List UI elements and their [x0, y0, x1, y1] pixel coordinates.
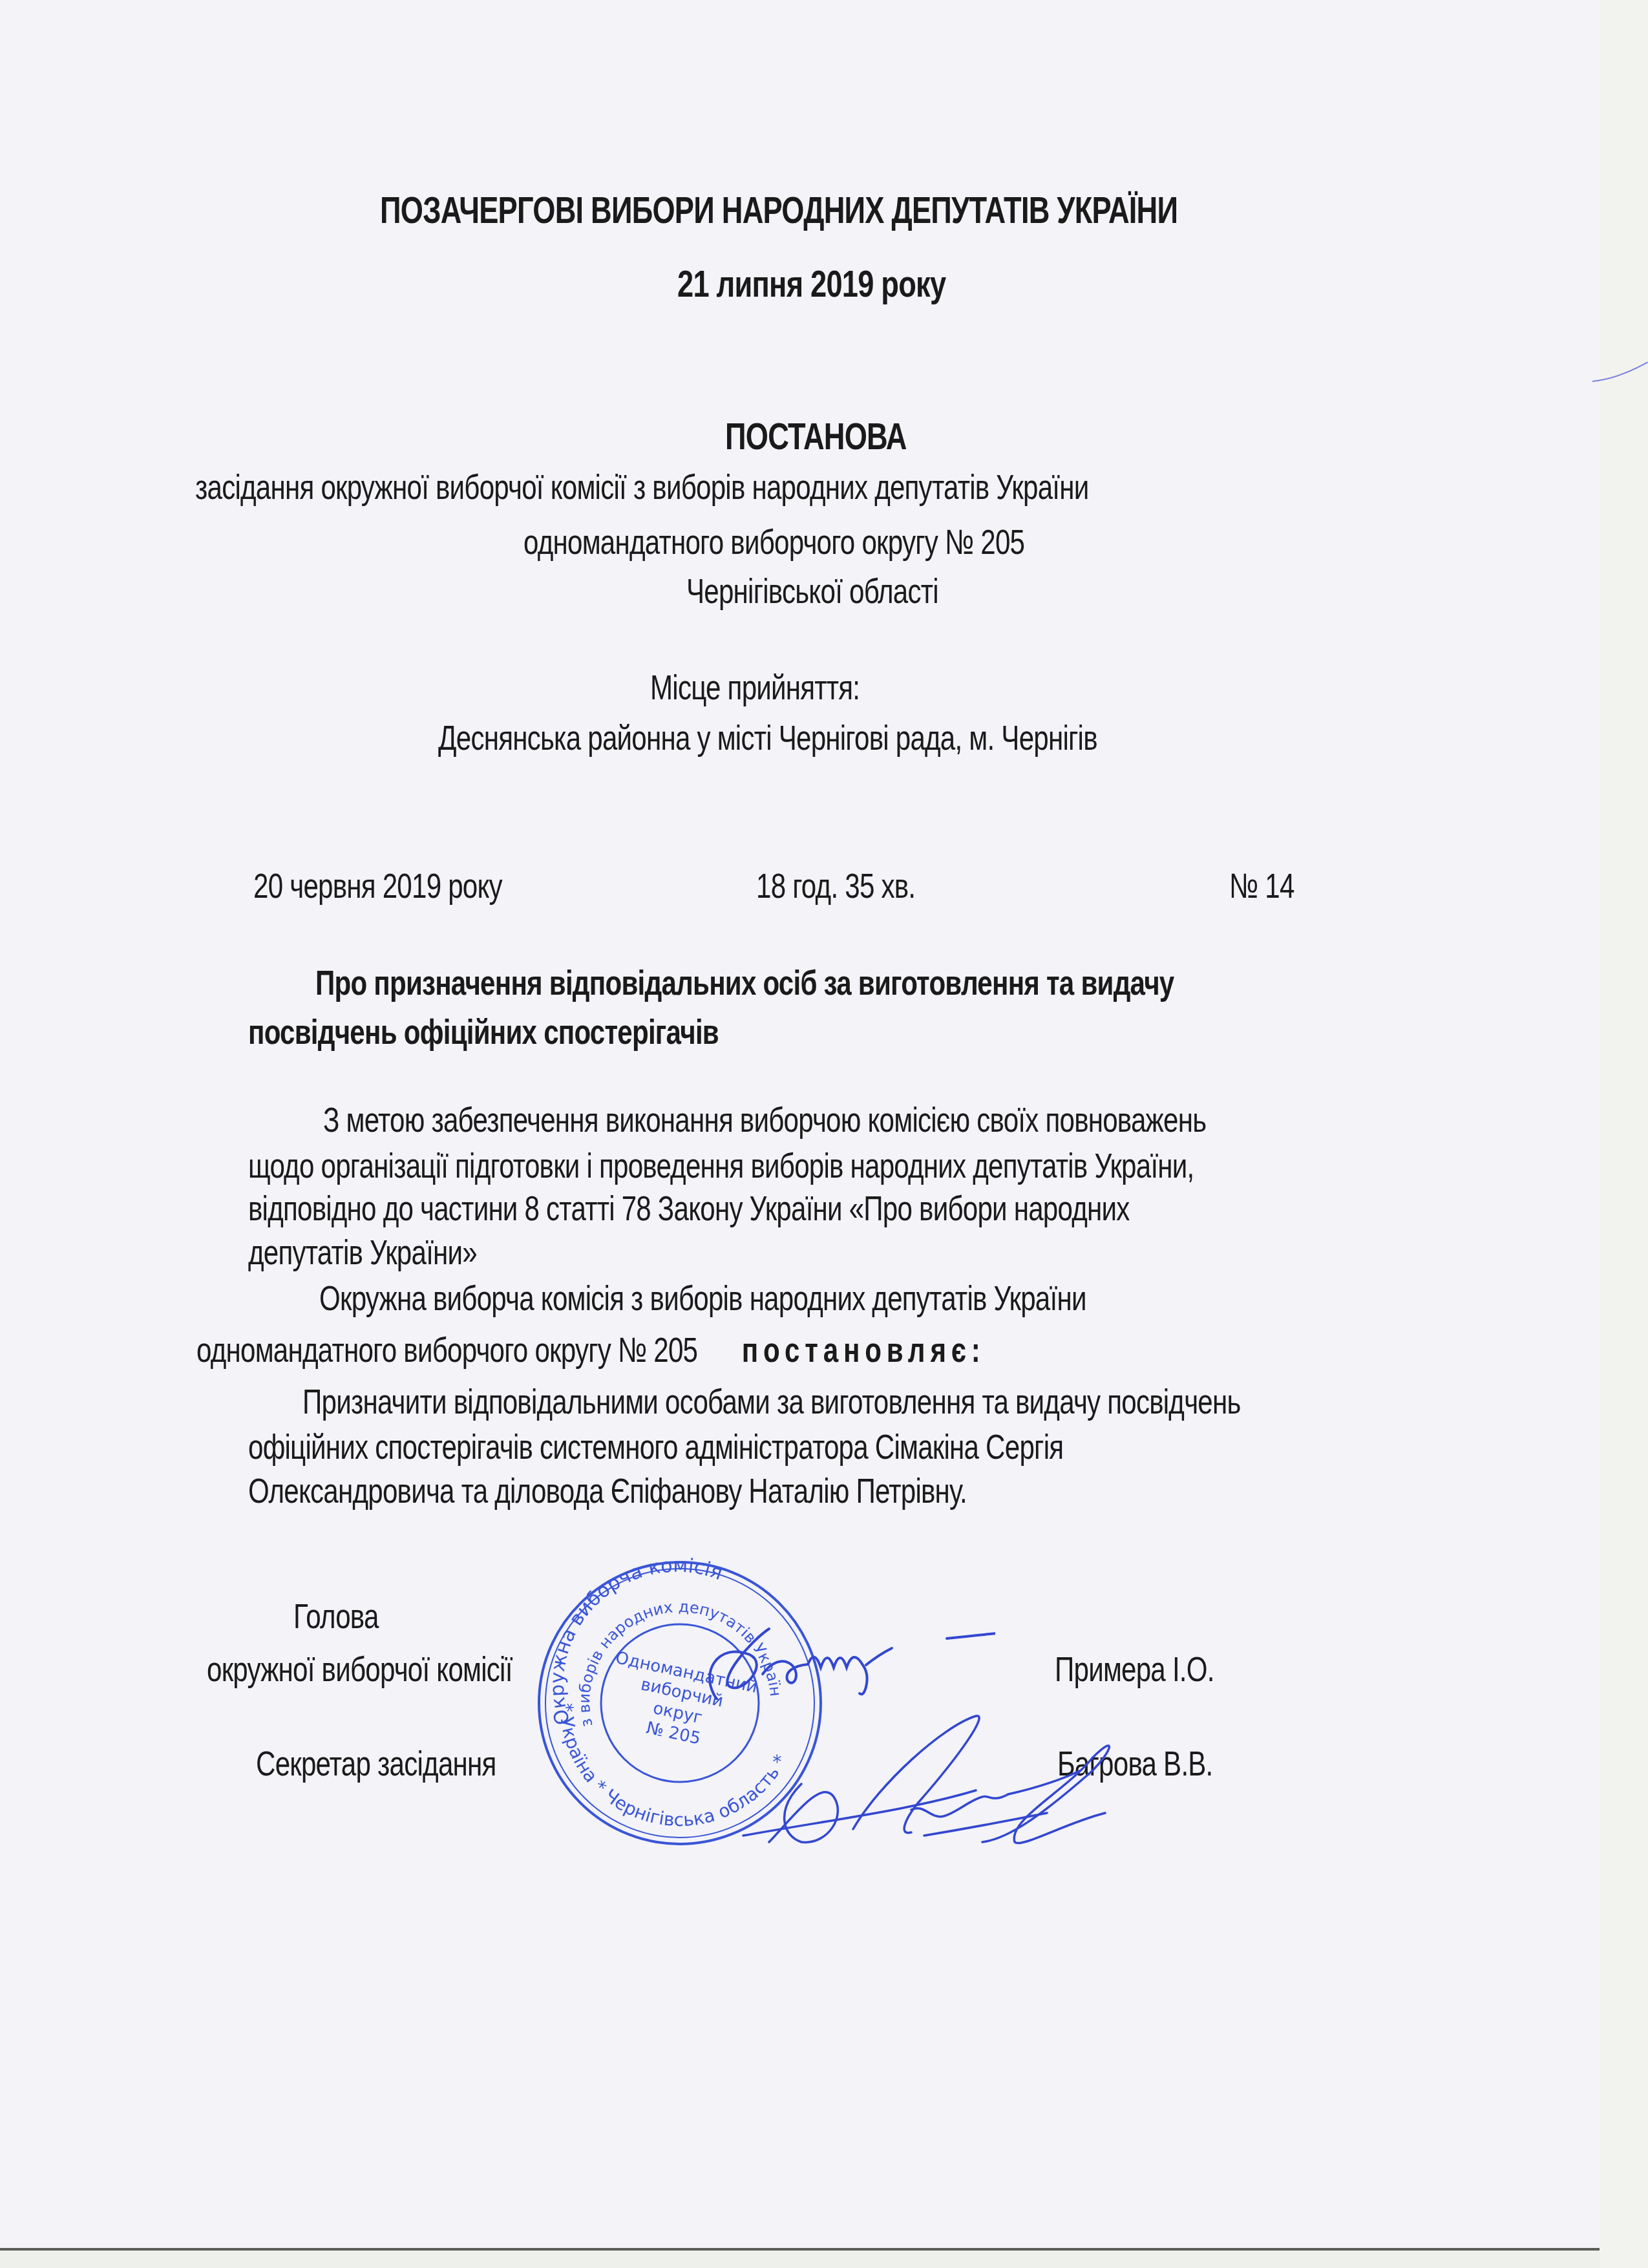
preamble-line-2: щодо організації підготовки і проведення… — [248, 1146, 1194, 1186]
decision-line-2: одномандатного виборчого округу № 205 по… — [196, 1330, 986, 1370]
resolution-number: № 14 — [1229, 866, 1294, 906]
election-date: 21 липня 2019 року — [677, 262, 945, 306]
resolution-body-line-1: Призначити відповідальними особами за ви… — [302, 1382, 1241, 1422]
place-value: Деснянська районна у місті Чернігові рад… — [438, 718, 1097, 758]
resolution-date: 20 червня 2019 року — [253, 866, 502, 906]
resolution-body-line-3: Олександровича та діловода Єпіфанову Нат… — [248, 1471, 967, 1511]
secretary-title: Секретар засідання — [256, 1744, 496, 1784]
resolution-body-line-2: офіційних спостерігачів системного адмін… — [248, 1427, 1063, 1467]
resolution-title-line-1: Про призначення відповідальних осіб за в… — [315, 963, 1495, 1003]
preamble-line-3: відповідно до частини 8 статті 78 Закону… — [248, 1189, 1130, 1229]
resolution-time: 18 год. 35 хв. — [756, 866, 915, 906]
scanner-margin — [1600, 0, 1648, 2268]
document-subtitle-line-1: засідання окружної виборчої комісії з ви… — [195, 467, 1088, 507]
decision-commission: одномандатного виборчого округу № 205 — [196, 1331, 697, 1370]
resolution-title-line-2: посвідчень офіційних спостерігачів — [248, 1012, 719, 1052]
decision-verb: постановляє: — [742, 1331, 986, 1370]
stray-pen-mark — [1592, 362, 1648, 385]
preamble-line-4: депутатів України» — [248, 1233, 477, 1273]
document-subtitle-line-2: одномандатного виборчого округу № 205 — [523, 522, 1024, 562]
chair-title-line-2: окружної виборчої комісії — [207, 1649, 512, 1690]
place-label: Місце прийняття: — [650, 668, 860, 708]
election-title: ПОЗАЧЕРГОВІ ВИБОРИ НАРОДНИХ ДЕПУТАТІВ УК… — [380, 189, 1178, 232]
document-subtitle-line-3: Чернігівської області — [686, 571, 938, 611]
chair-title-line-1: Голова — [293, 1596, 379, 1637]
document-type: ПОСТАНОВА — [725, 415, 907, 458]
decision-line-1: Окружна виборча комісія з виборів народн… — [319, 1278, 1086, 1319]
preamble-line-1: З метою забезпечення виконання виборчою … — [323, 1100, 1206, 1140]
secretary-signature — [704, 1680, 1144, 1849]
